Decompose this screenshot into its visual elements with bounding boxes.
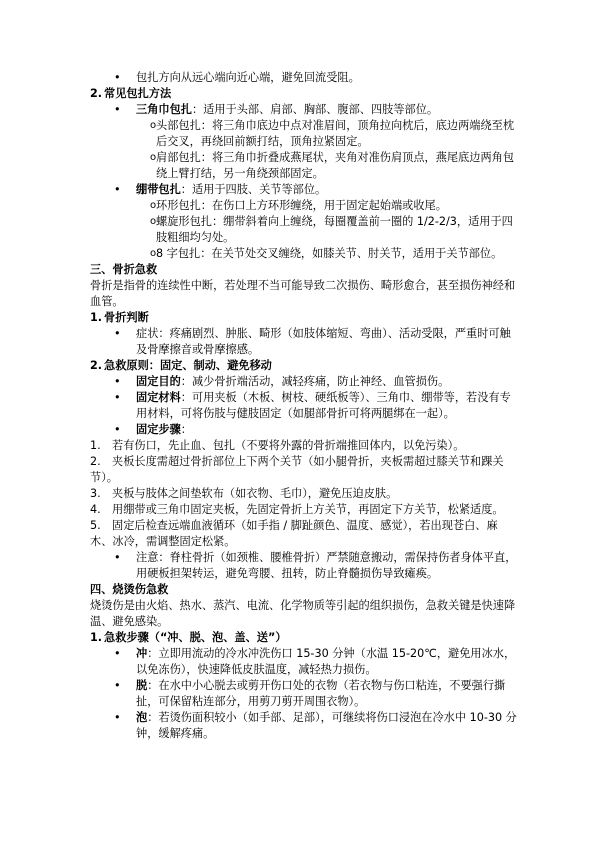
term-label: 冲 bbox=[136, 647, 147, 660]
list-item: • 冲：立即用流动的冷水冲洗伤口 15-30 分钟（水温 15-20℃，避免用冰… bbox=[90, 646, 520, 678]
term-label: 固定材料 bbox=[136, 391, 181, 404]
list-item-text: 包扎方向从远心端向近心端，避免回流受阻。 bbox=[112, 70, 520, 86]
subheading: 1. 急救步骤（“冲、脱、泡、盖、送”） bbox=[90, 630, 520, 646]
circle-bullet-icon: o bbox=[150, 150, 156, 166]
list-item: • 固定目的：减少骨折端活动，减轻疼痛，防止神经、血管损伤。 bbox=[90, 374, 520, 390]
term-label: 三角巾包扎 bbox=[136, 103, 192, 116]
step-number: 3. bbox=[90, 486, 112, 502]
step-item: 3.夹板与肢体之间垫软布（如衣物、毛巾），避免压迫皮肤。 bbox=[90, 486, 520, 502]
step-number: 4. bbox=[90, 502, 112, 518]
section-intro: 骨折是指骨的连续性中断，若处理不当可能导致二次损伤、畸形愈合，甚至损伤神经和血管… bbox=[90, 278, 520, 310]
subheading: 1. 骨折判断 bbox=[90, 310, 520, 326]
step-text: 用绷带或三角巾固定夹板，先固定骨折上方关节，再固定下方关节，松紧适度。 bbox=[112, 503, 504, 516]
step-item: 1.若有伤口，先止血、包扎（不要将外露的骨折端推回体内，以免污染）。 bbox=[90, 438, 520, 454]
bullet-icon: • bbox=[114, 710, 121, 726]
list-item: • 脱：在水中小心脱去或剪开伤口处的衣物（若衣物与伤口粘连，不要强行撕扯，可保留… bbox=[90, 678, 520, 710]
bullet-icon: • bbox=[114, 422, 121, 438]
circle-bullet-icon: o bbox=[150, 198, 156, 214]
list-item-text: ：适用于头部、肩部、胸部、腹部、四肢等部位。 bbox=[192, 103, 438, 116]
bullet-icon: • bbox=[114, 182, 121, 198]
step-text: 夹板与肢体之间垫软布（如衣物、毛巾），避免压迫皮肤。 bbox=[112, 487, 397, 500]
list-item-text: ：适用于四肢、关节等部位。 bbox=[181, 183, 326, 196]
heading-text: 骨折判断 bbox=[90, 310, 520, 326]
bullet-icon: • bbox=[114, 102, 121, 118]
list-item: • 三角巾包扎：适用于头部、肩部、胸部、腹部、四肢等部位。 bbox=[90, 102, 520, 118]
sub-list-item: o 肩部包扎：将三角巾折叠成燕尾状，夹角对准伤肩顶点，燕尾底边两角包绕上臂打结，… bbox=[90, 150, 520, 182]
subheading: 2. 常见包扎方法 bbox=[90, 86, 520, 102]
bullet-icon: • bbox=[114, 374, 121, 390]
heading-text: 急救原则：固定、制动、避免移动 bbox=[90, 358, 520, 374]
section-intro: 烧烫伤是由火焰、热水、蒸汽、电流、化学物质等引起的组织损伤，急救关键是快速降温、… bbox=[90, 598, 520, 630]
subheading: 2. 急救原则：固定、制动、避免移动 bbox=[90, 358, 520, 374]
term-label: 固定步骤 bbox=[136, 423, 181, 436]
section-title: 三、骨折急救 bbox=[90, 262, 520, 278]
step-item: 4.用绷带或三角巾固定夹板，先固定骨折上方关节，再固定下方关节，松紧适度。 bbox=[90, 502, 520, 518]
list-item-text: ：立即用流动的冷水冲洗伤口 15-30 分钟（水温 15-20℃，避免用冰水，以… bbox=[136, 647, 515, 676]
sub-list-item: o 头部包扎：将三角巾底边中点对准眉间，顶角拉向枕后，底边两端绕至枕后交叉，再绕… bbox=[90, 118, 520, 150]
list-item-text: ：减少骨折端活动，减轻疼痛，防止神经、血管损伤。 bbox=[181, 375, 450, 388]
circle-bullet-icon: o bbox=[150, 246, 156, 262]
sub-list-item: o 环形包扎：在伤口上方环形缠绕，用于固定起始端或收尾。 bbox=[90, 198, 520, 214]
list-item: • 固定材料：可用夹板（木板、树枝、硬纸板等）、三角巾、绷带等，若没有专用材料，… bbox=[90, 390, 520, 422]
heading-text: 常见包扎方法 bbox=[90, 86, 520, 102]
bullet-icon: • bbox=[114, 678, 121, 694]
list-item-text: 症状：疼痛剧烈、肿胀、畸形（如肢体缩短、弯曲）、活动受限，严重时可触及骨摩擦音或… bbox=[112, 326, 520, 358]
list-item-text: ：可用夹板（木板、树枝、硬纸板等）、三角巾、绷带等，若没有专用材料，可将伤肢与健… bbox=[136, 391, 511, 420]
section-title: 四、烧烫伤急救 bbox=[90, 582, 520, 598]
bullet-icon: • bbox=[114, 326, 121, 342]
step-text: 夹板长度需超过骨折部位上下两个关节（如小腿骨折，夹板需超过膝关节和踝关节）。 bbox=[90, 455, 504, 484]
step-text: 若有伤口，先止血、包扎（不要将外露的骨折端推回体内，以免污染）。 bbox=[112, 439, 464, 452]
heading-number: 1. bbox=[90, 310, 102, 326]
term-label: 绷带包扎 bbox=[136, 183, 181, 196]
bullet-icon: • bbox=[114, 550, 121, 566]
term-label: 固定目的 bbox=[136, 375, 181, 388]
heading-number: 1. bbox=[90, 630, 102, 646]
list-item-text: 注意：脊柱骨折（如颈椎、腰椎骨折）严禁随意搬动，需保持伤者身体平直，用硬板担架转… bbox=[112, 550, 520, 582]
document-page: • 包扎方向从远心端向近心端，避免回流受阻。 2. 常见包扎方法 • 三角巾包扎… bbox=[90, 70, 520, 742]
heading-number: 2. bbox=[90, 358, 102, 374]
bullet-icon: • bbox=[114, 390, 121, 406]
list-item: • 固定步骤： bbox=[90, 422, 520, 438]
sub-list-item: o 8 字包扎：在关节处交叉缠绕，如膝关节、肘关节，适用于关节部位。 bbox=[90, 246, 520, 262]
heading-number: 2. bbox=[90, 86, 102, 102]
step-text: 固定后检查远端血液循环（如手指 / 脚趾颜色、温度、感觉），若出现苍白、麻木、冰… bbox=[90, 519, 498, 548]
list-item-text: ：在水中小心脱去或剪开伤口处的衣物（若衣物与伤口粘连，不要强行撕扯，可保留粘连部… bbox=[136, 679, 505, 708]
step-number: 1. bbox=[90, 438, 112, 454]
list-item-text: ：若烫伤面积较小（如手部、足部），可继续将伤口浸泡在冷水中 10-30 分钟，缓… bbox=[136, 711, 517, 740]
term-label: 脱 bbox=[136, 679, 147, 692]
bullet-icon: • bbox=[114, 646, 121, 662]
bullet-icon: • bbox=[114, 70, 121, 86]
step-item: 2.夹板长度需超过骨折部位上下两个关节（如小腿骨折，夹板需超过膝关节和踝关节）。 bbox=[90, 454, 520, 486]
list-item: • 绷带包扎：适用于四肢、关节等部位。 bbox=[90, 182, 520, 198]
term-label: 泡 bbox=[136, 711, 147, 724]
list-item-text: ： bbox=[181, 423, 192, 436]
circle-bullet-icon: o bbox=[150, 118, 156, 134]
step-number: 2. bbox=[90, 454, 112, 470]
step-number: 5. bbox=[90, 518, 112, 534]
list-item: • 包扎方向从远心端向近心端，避免回流受阻。 bbox=[90, 70, 520, 86]
circle-bullet-icon: o bbox=[150, 214, 156, 230]
list-item: • 泡：若烫伤面积较小（如手部、足部），可继续将伤口浸泡在冷水中 10-30 分… bbox=[90, 710, 520, 742]
step-item: 5.固定后检查远端血液循环（如手指 / 脚趾颜色、温度、感觉），若出现苍白、麻木… bbox=[90, 518, 520, 550]
list-item: • 注意：脊柱骨折（如颈椎、腰椎骨折）严禁随意搬动，需保持伤者身体平直，用硬板担… bbox=[90, 550, 520, 582]
list-item: • 症状：疼痛剧烈、肿胀、畸形（如肢体缩短、弯曲）、活动受限，严重时可触及骨摩擦… bbox=[90, 326, 520, 358]
heading-text: 急救步骤（“冲、脱、泡、盖、送”） bbox=[90, 630, 520, 646]
sub-list-item: o 螺旋形包扎：绷带斜着向上缠绕，每圈覆盖前一圈的 1/2-2/3，适用于四肢粗… bbox=[90, 214, 520, 246]
